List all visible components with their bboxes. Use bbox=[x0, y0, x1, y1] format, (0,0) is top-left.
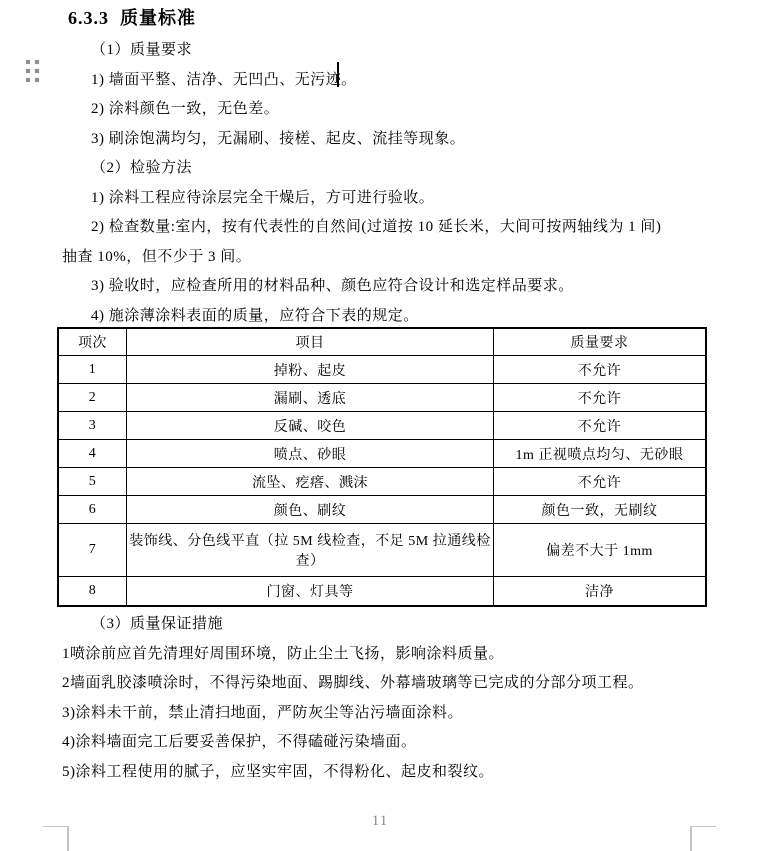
paragraph[interactable]: （3）质量保证措施 bbox=[62, 610, 699, 640]
paragraph[interactable]: 1) 涂料工程应待涂层完全干燥后，方可进行验收。 bbox=[62, 184, 699, 214]
table-row: 4 喷点、砂眼 1m 正视喷点均匀、无砂眼 bbox=[58, 440, 706, 468]
drag-handle-icon[interactable] bbox=[26, 60, 40, 85]
paragraph[interactable]: （1）质量要求 bbox=[62, 36, 699, 66]
cell-item[interactable]: 颜色、刷纹 bbox=[127, 496, 494, 524]
cell-item[interactable]: 门窗、灯具等 bbox=[127, 577, 494, 607]
cell-requirement[interactable]: 颜色一致，无刷纹 bbox=[494, 496, 707, 524]
cell-item[interactable]: 反碱、咬色 bbox=[127, 412, 494, 440]
paragraph[interactable]: 抽查 10%，但不少于 3 间。 bbox=[62, 243, 699, 273]
cell-index[interactable]: 2 bbox=[58, 384, 127, 412]
paragraph[interactable]: 2) 检查数量:室内，按有代表性的自然间(过道按 10 延长米，大间可按两轴线为… bbox=[62, 213, 699, 243]
cell-requirement[interactable]: 1m 正视喷点均匀、无砂眼 bbox=[494, 440, 707, 468]
cell-item[interactable]: 漏刷、透底 bbox=[127, 384, 494, 412]
cell-index[interactable]: 3 bbox=[58, 412, 127, 440]
text-cursor bbox=[337, 62, 339, 87]
header-cell-requirement[interactable]: 质量要求 bbox=[494, 328, 707, 356]
cell-item[interactable]: 喷点、砂眼 bbox=[127, 440, 494, 468]
table-row: 7 装饰线、分色线平直（拉 5M 线检查，不足 5M 拉通线检查） 偏差不大于 … bbox=[58, 524, 706, 577]
cell-requirement[interactable]: 不允许 bbox=[494, 412, 707, 440]
paragraph[interactable]: 2) 涂料颜色一致，无色差。 bbox=[62, 95, 699, 125]
cell-requirement[interactable]: 洁净 bbox=[494, 577, 707, 607]
cell-index[interactable]: 1 bbox=[58, 356, 127, 384]
paragraph[interactable]: 1喷涂前应首先清理好周围环境，防止尘土飞扬，影响涂料质量。 bbox=[62, 640, 699, 670]
paragraph[interactable]: （2）检验方法 bbox=[62, 154, 699, 184]
table-row: 5 流坠、疙瘩、溅沫 不允许 bbox=[58, 468, 706, 496]
cell-requirement[interactable]: 偏差不大于 1mm bbox=[494, 524, 707, 577]
quality-table: 项次 项目 质量要求 1 掉粉、起皮 不允许 2 漏刷、透底 不允许 3 反碱、… bbox=[57, 327, 707, 607]
table-row: 1 掉粉、起皮 不允许 bbox=[58, 356, 706, 384]
cell-index[interactable]: 7 bbox=[58, 524, 127, 577]
header-cell-item[interactable]: 项目 bbox=[127, 328, 494, 356]
table-row: 3 反碱、咬色 不允许 bbox=[58, 412, 706, 440]
table-row: 8 门窗、灯具等 洁净 bbox=[58, 577, 706, 607]
paragraph[interactable]: 2墙面乳胶漆喷涂时，不得污染地面、踢脚线、外幕墙玻璃等已完成的分部分项工程。 bbox=[62, 669, 699, 699]
cell-requirement[interactable]: 不允许 bbox=[494, 384, 707, 412]
paragraph[interactable]: 4)涂料墙面完工后要妥善保护，不得磕碰污染墙面。 bbox=[62, 728, 699, 758]
table-header-row: 项次 项目 质量要求 bbox=[58, 328, 706, 356]
cell-item[interactable]: 掉粉、起皮 bbox=[127, 356, 494, 384]
cell-index[interactable]: 6 bbox=[58, 496, 127, 524]
paragraph[interactable]: 3)涂料未干前，禁止清扫地面，严防灰尘等沾污墙面涂料。 bbox=[62, 699, 699, 729]
page-margin-mark-right-icon bbox=[690, 826, 716, 851]
cell-item[interactable]: 流坠、疙瘩、溅沫 bbox=[127, 468, 494, 496]
paragraph[interactable]: 5)涂料工程使用的腻子，应坚实牢固，不得粉化、起皮和裂纹。 bbox=[62, 758, 699, 788]
cell-item[interactable]: 装饰线、分色线平直（拉 5M 线检查，不足 5M 拉通线检查） bbox=[127, 524, 494, 577]
document-body: 6.3.3 质量标准 （1）质量要求 1) 墙面平整、洁净、无凹凸、无污迹。 2… bbox=[62, 6, 699, 787]
table-row: 2 漏刷、透底 不允许 bbox=[58, 384, 706, 412]
section-heading[interactable]: 6.3.3 质量标准 bbox=[68, 6, 699, 36]
cell-index[interactable]: 4 bbox=[58, 440, 127, 468]
paragraph[interactable]: 1) 墙面平整、洁净、无凹凸、无污迹。 bbox=[62, 66, 699, 96]
cell-index[interactable]: 8 bbox=[58, 577, 127, 607]
page-number: 11 bbox=[0, 813, 760, 830]
cell-requirement[interactable]: 不允许 bbox=[494, 468, 707, 496]
header-cell-index[interactable]: 项次 bbox=[58, 328, 127, 356]
cell-index[interactable]: 5 bbox=[58, 468, 127, 496]
page-margin-mark-left-icon bbox=[43, 826, 69, 851]
document-page: 6.3.3 质量标准 （1）质量要求 1) 墙面平整、洁净、无凹凸、无污迹。 2… bbox=[0, 0, 760, 851]
cell-requirement[interactable]: 不允许 bbox=[494, 356, 707, 384]
paragraph[interactable]: 3) 验收时，应检查所用的材料品种、颜色应符合设计和选定样品要求。 bbox=[62, 272, 699, 302]
paragraph[interactable]: 3) 刷涂饱满均匀，无漏刷、接槎、起皮、流挂等现象。 bbox=[62, 125, 699, 155]
table-row: 6 颜色、刷纹 颜色一致，无刷纹 bbox=[58, 496, 706, 524]
